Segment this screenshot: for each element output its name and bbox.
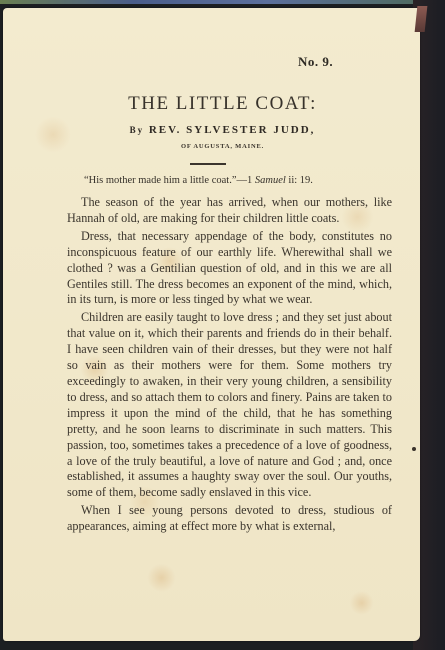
- title-divider: [190, 163, 226, 165]
- body-text: The season of the year has arrived, when…: [67, 195, 392, 535]
- issue-number: No. 9.: [298, 54, 333, 70]
- byline: By REV. SYLVESTER JUDD,: [0, 124, 445, 136]
- document-title: THE LITTLE COAT:: [0, 93, 445, 115]
- author-origin: OF AUGUSTA, MAINE.: [0, 143, 445, 150]
- author-name: REV. SYLVESTER JUDD,: [149, 124, 316, 136]
- epigraph-verse: ii: 19.: [288, 175, 313, 186]
- paragraph: When I see young persons devoted to dres…: [67, 503, 392, 535]
- ink-spot: [412, 447, 416, 451]
- paragraph: Dress, that necessary appendage of the b…: [67, 229, 392, 309]
- epigraph-book: Samuel: [255, 175, 286, 186]
- paragraph: Children are easily taught to love dress…: [67, 310, 392, 501]
- epigraph-quote: “His mother made him a little coat.”—1: [84, 175, 252, 186]
- byline-prefix: By: [130, 125, 145, 135]
- paragraph: The season of the year has arrived, when…: [67, 195, 392, 227]
- epigraph: “His mother made him a little coat.”—1 S…: [84, 175, 313, 186]
- background-top-strip: [0, 0, 445, 4]
